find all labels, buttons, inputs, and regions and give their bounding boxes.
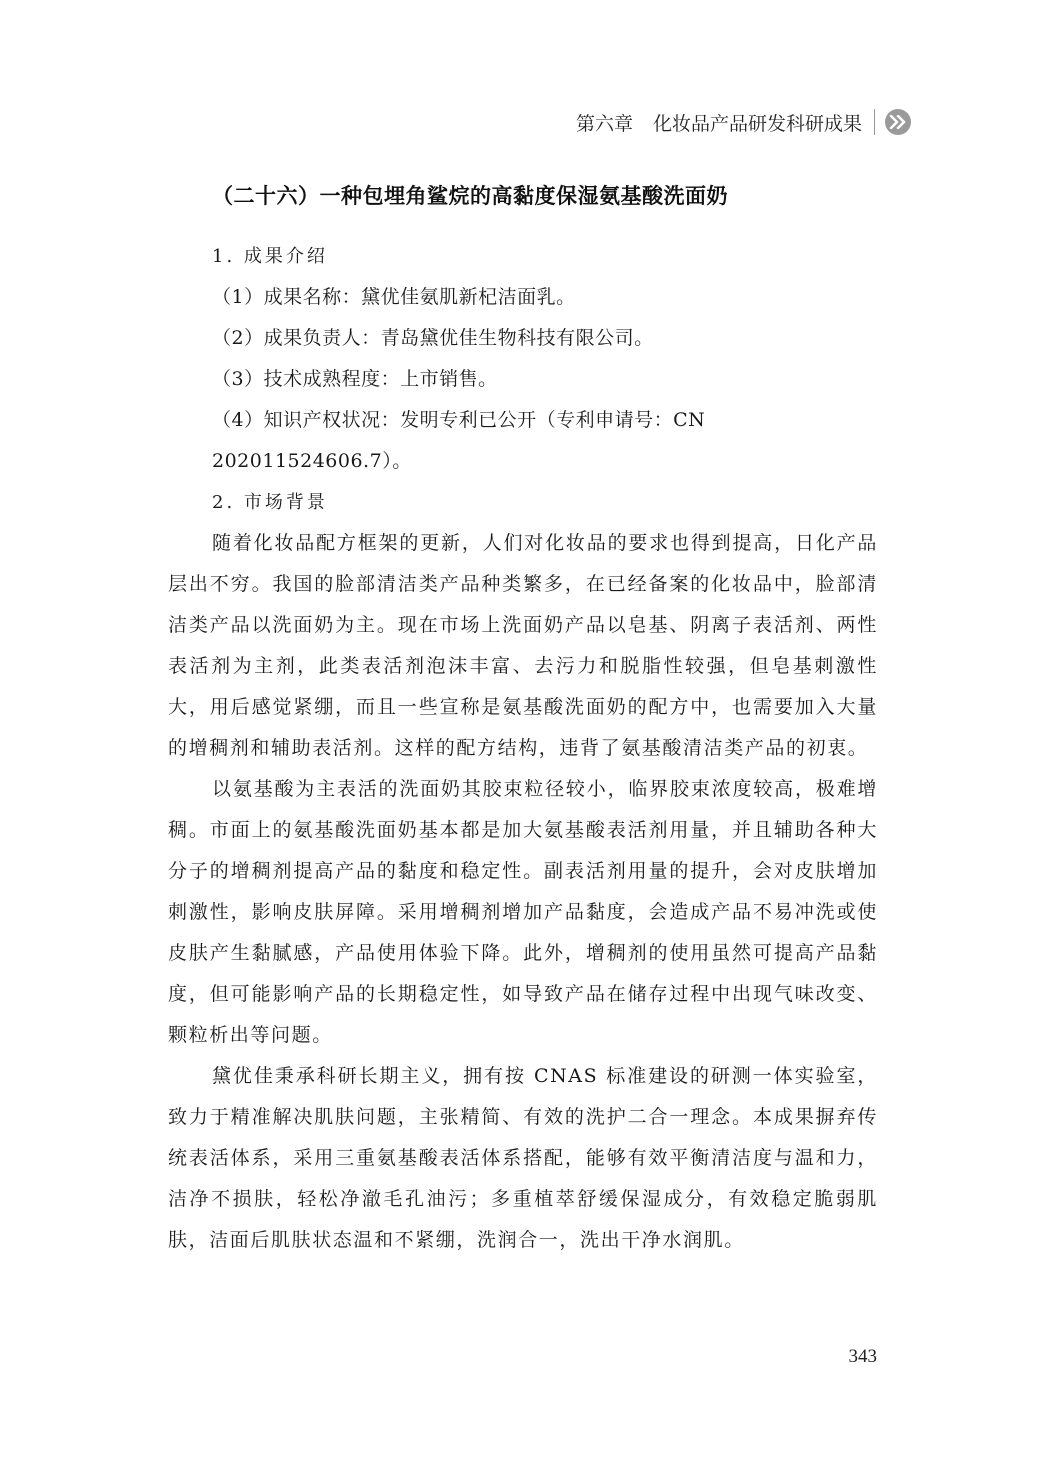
- document-body: 1. 成果介绍 （1）成果名称：黛优佳氨肌新杞洁面乳。 （2）成果负责人：青岛黛…: [168, 236, 878, 1261]
- running-header: 第六章 化妆品产品研发科研成果: [576, 106, 911, 138]
- page-number: 343: [849, 1346, 878, 1368]
- subsection-heading-market: 2. 市场背景: [168, 482, 878, 523]
- header-divider: [874, 109, 875, 135]
- chapter-title: 化妆品产品研发科研成果: [653, 109, 862, 136]
- market-paragraph-1: 随着化妆品配方框架的更新，人们对化妆品的要求也得到提高，日化产品层出不穷。我国的…: [168, 523, 878, 769]
- ip-status: （4）知识产权状况：发明专利已公开（专利申请号：CN 202011524606.…: [168, 400, 878, 482]
- achievement-owner: （2）成果负责人：青岛黛优佳生物科技有限公司。: [168, 318, 878, 359]
- subsection-heading-intro: 1. 成果介绍: [168, 236, 878, 277]
- section-title: （二十六）一种包埋角鲨烷的高黏度保湿氨基酸洗面奶: [212, 180, 728, 210]
- double-chevron-right-icon: [885, 109, 911, 135]
- chapter-number: 第六章: [576, 109, 633, 136]
- market-paragraph-3: 黛优佳秉承科研长期主义，拥有按 CNAS 标准建设的研测一体实验室，致力于精准解…: [168, 1056, 878, 1261]
- market-paragraph-2: 以氨基酸为主表活的洗面奶其胶束粒径较小，临界胶束浓度较高，极难增稠。市面上的氨基…: [168, 769, 878, 1056]
- achievement-name: （1）成果名称：黛优佳氨肌新杞洁面乳。: [168, 277, 878, 318]
- technology-maturity: （3）技术成熟程度：上市销售。: [168, 359, 878, 400]
